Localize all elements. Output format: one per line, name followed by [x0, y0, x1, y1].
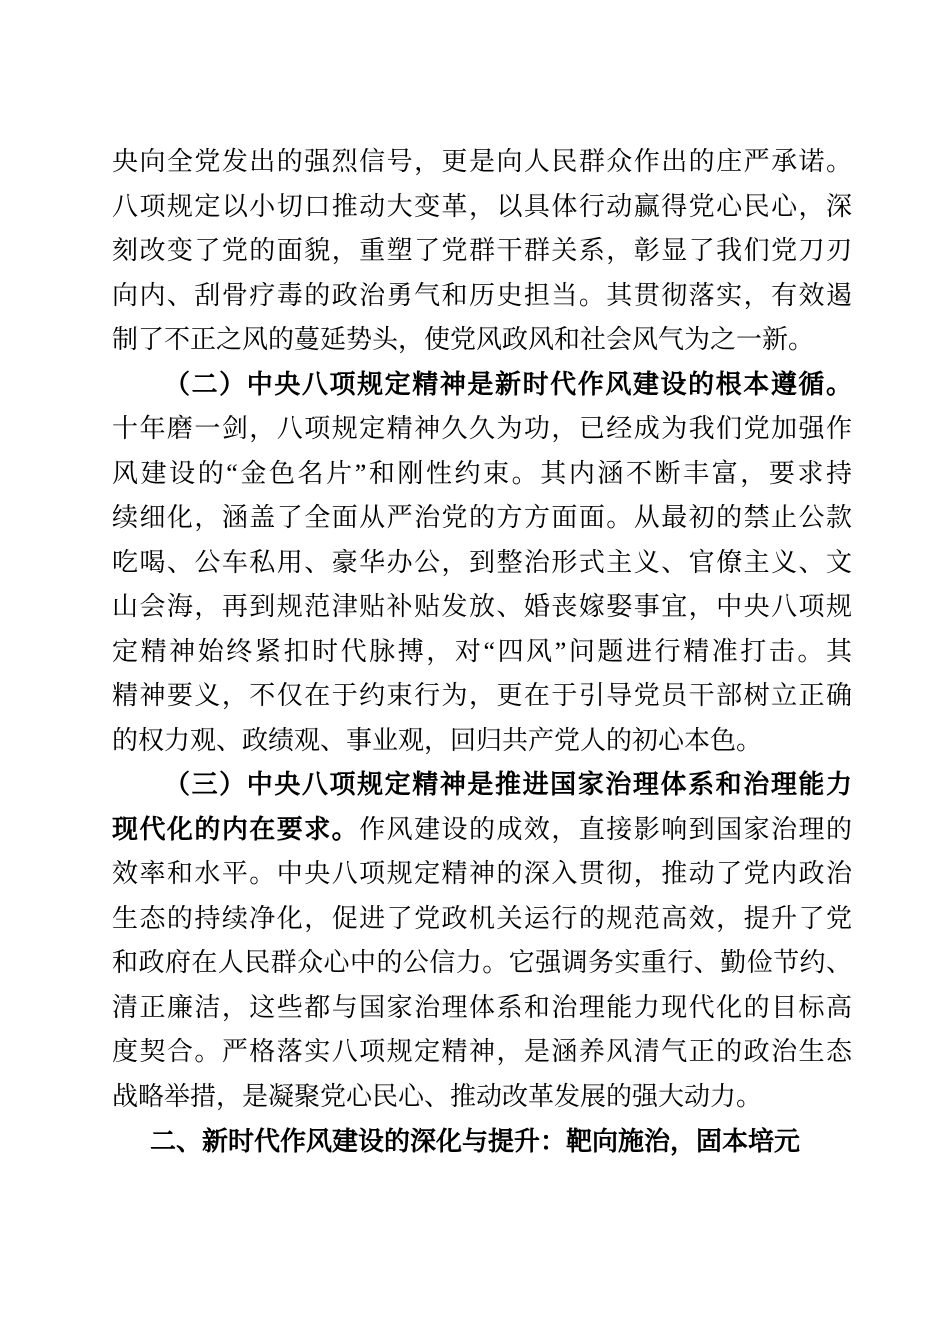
body-line: 央向全党发出的强烈信号，更是向人民群众作出的庄严承诺。 [112, 140, 852, 185]
document-page: 央向全党发出的强烈信号，更是向人民群众作出的庄严承诺。 八项规定以小切口推动大变… [0, 0, 950, 1344]
body-text-segment: 作风建设的成效，直接影响到国家治理的 [359, 815, 852, 844]
body-line: 制了不正之风的蔓延势头，使党风政风和社会风气为之一新。 [112, 318, 852, 363]
text-content: 央向全党发出的强烈信号，更是向人民群众作出的庄严承诺。 八项规定以小切口推动大变… [112, 140, 852, 1164]
body-line: 刻改变了党的面貌，重塑了党群干群关系，彰显了我们党刀刃 [112, 229, 852, 274]
body-line: 度契合。严格落实八项规定精神，是涵养风清气正的政治生态 [112, 1030, 852, 1075]
section-2-heading: （二）中央八项规定精神是新时代作风建设的根本遵循。 [112, 363, 852, 408]
body-line: 吃喝、公车私用、豪华办公，到整治形式主义、官僚主义、文 [112, 541, 852, 586]
body-line: 精神要义，不仅在于约束行为，更在于引导党员干部树立正确 [112, 674, 852, 719]
section-3-heading-line-1: （三）中央八项规定精神是推进国家治理体系和治理能力 [112, 763, 852, 808]
body-line: 山会海，再到规范津贴补贴发放、婚丧嫁娶事宜，中央八项规 [112, 585, 852, 630]
part-2-heading: 二、新时代作风建设的深化与提升：靶向施治，固本培元 [112, 1119, 852, 1164]
section-3-heading-tail: 现代化的内在要求。 [112, 815, 359, 844]
body-line: 效率和水平。中央八项规定精神的深入贯彻，推动了党内政治 [112, 852, 852, 897]
body-line-mixed: 现代化的内在要求。作风建设的成效，直接影响到国家治理的 [112, 808, 852, 853]
body-line: 的权力观、政绩观、事业观，回归共产党人的初心本色。 [112, 719, 852, 764]
body-line: 和政府在人民群众心中的公信力。它强调务实重行、勤俭节约、 [112, 941, 852, 986]
body-line: 八项规定以小切口推动大变革，以具体行动赢得党心民心，深 [112, 185, 852, 230]
body-line: 定精神始终紧扣时代脉搏，对“四风”问题进行精准打击。其 [112, 630, 852, 675]
body-line: 续细化，涵盖了全面从严治党的方方面面。从最初的禁止公款 [112, 496, 852, 541]
body-line: 清正廉洁，这些都与国家治理体系和治理能力现代化的目标高 [112, 986, 852, 1031]
body-line: 战略举措，是凝聚党心民心、推动改革发展的强大动力。 [112, 1075, 852, 1120]
body-line: 生态的持续净化，促进了党政机关运行的规范高效，提升了党 [112, 897, 852, 942]
body-line: 十年磨一剑，八项规定精神久久为功，已经成为我们党加强作 [112, 407, 852, 452]
body-line: 向内、刮骨疗毒的政治勇气和历史担当。其贯彻落实，有效遏 [112, 274, 852, 319]
body-line: 风建设的“金色名片”和刚性约束。其内涵不断丰富，要求持 [112, 452, 852, 497]
